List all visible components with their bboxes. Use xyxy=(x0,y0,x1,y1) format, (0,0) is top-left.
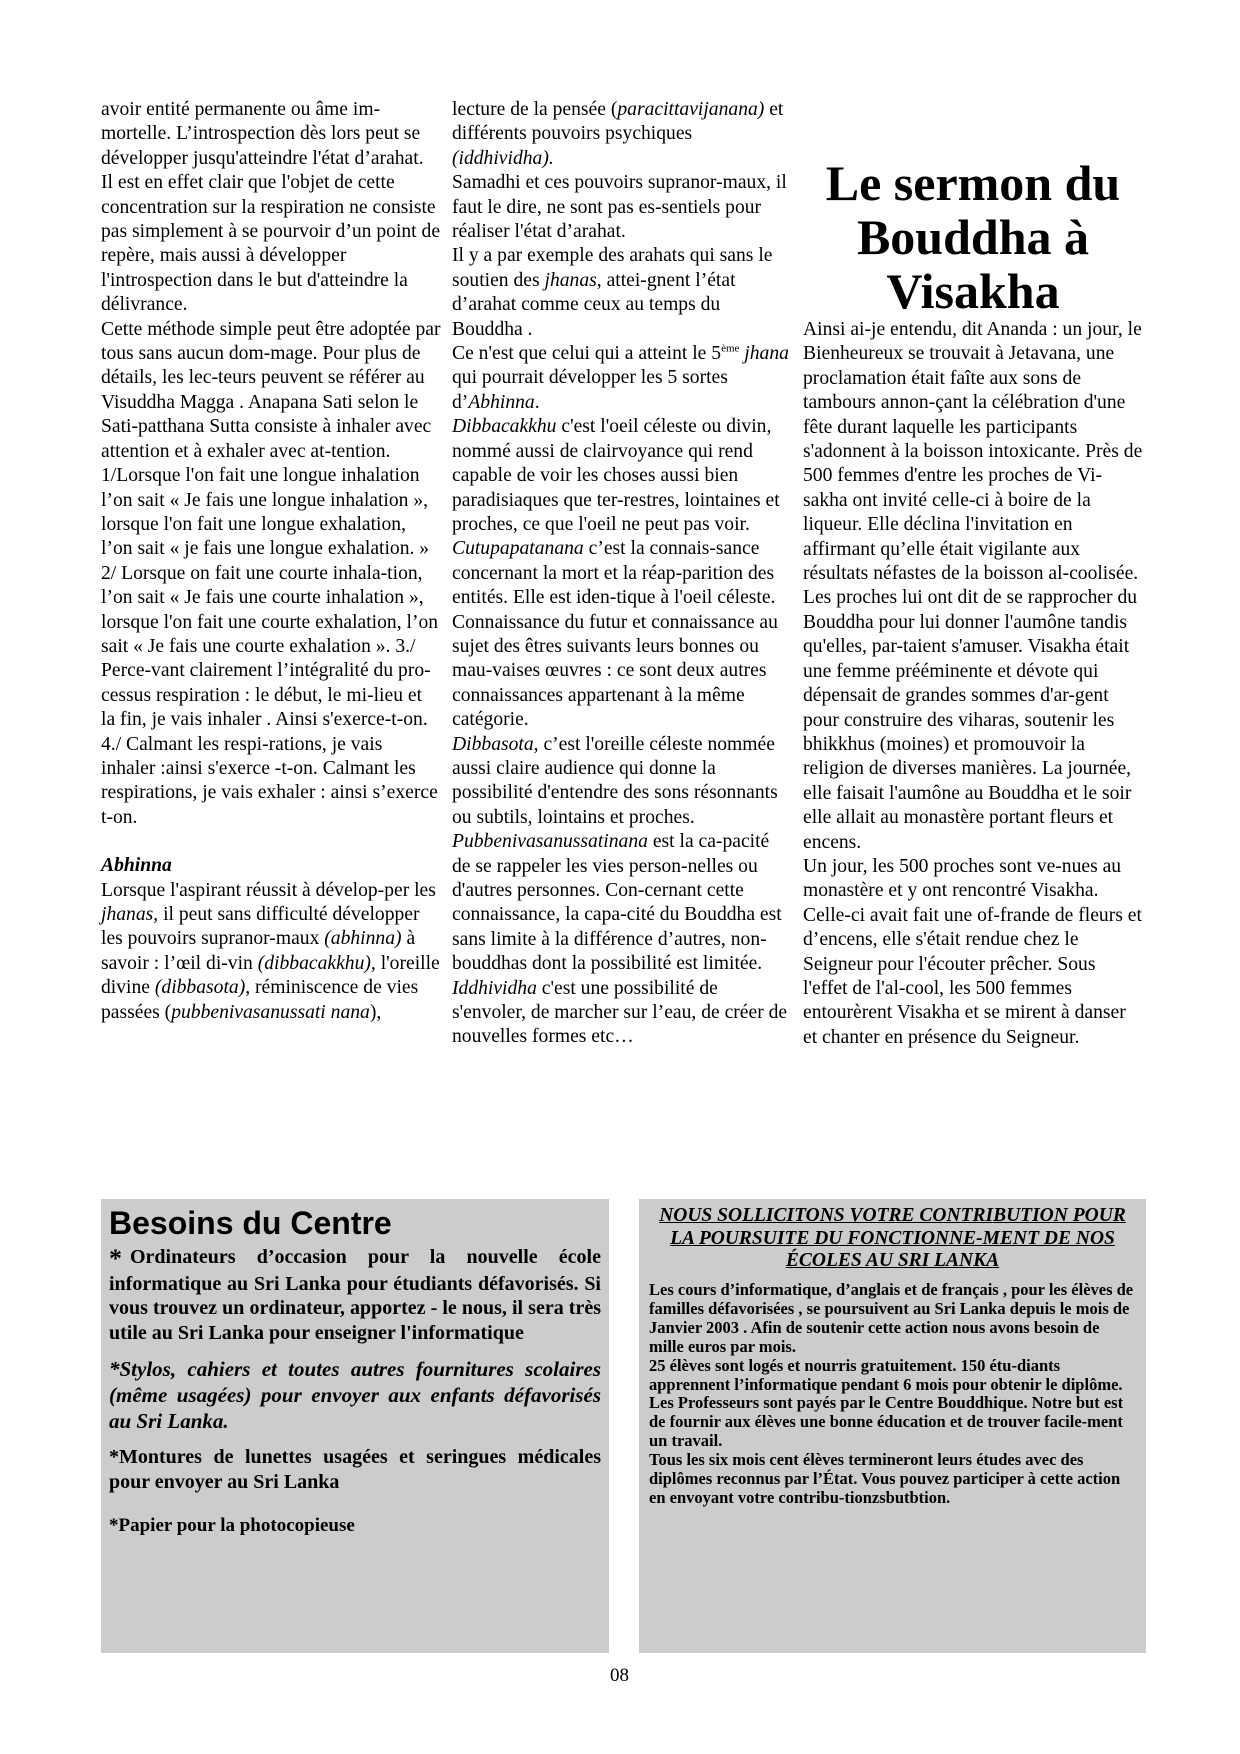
term-iddhividha: (iddhividha). xyxy=(452,148,554,169)
paragraph: Un jour, les 500 proches sont ve-nues au… xyxy=(803,855,1143,1050)
text: Ce n'est que celui qui a atteint le 5 xyxy=(452,343,721,364)
asterisk-icon: * xyxy=(109,1244,122,1273)
article-title: Le sermon du Bouddha à Visakha xyxy=(803,156,1143,318)
contribution-body: Les cours d’informatique, d’anglais et d… xyxy=(649,1281,1138,1508)
paragraph: Il y a par exemple des arahats qui sans … xyxy=(452,244,792,342)
term-pubbenivasanussati: pubbenivasanussati nana xyxy=(171,1002,370,1023)
paragraph: Iddhividha c'est une possibilité de s'en… xyxy=(452,977,792,1050)
text: ), xyxy=(370,1002,381,1023)
paragraph: Les cours d’informatique, d’anglais et d… xyxy=(649,1281,1138,1357)
term-cutupapatanana: Cutupapatanana xyxy=(452,538,584,559)
paragraph: Il est en effet clair que l'objet de cet… xyxy=(101,171,441,317)
term-dibbacakkhu: Dibbacakkhu xyxy=(452,416,556,437)
paragraph: Cutupapatanana c’est la connais-sance co… xyxy=(452,537,792,732)
text: . xyxy=(535,392,540,413)
text: c’est la connais-sance concernant la mor… xyxy=(452,538,778,730)
term-dibbasota: (dibbasota), xyxy=(155,977,250,998)
paragraph: Lorsque l'aspirant réussit à dévelop-per… xyxy=(101,879,441,1025)
superscript: ème xyxy=(721,343,739,355)
article-column-3: Ainsi ai-je entendu, dit Ananda : un jou… xyxy=(803,318,1143,1050)
text: Lorsque l'aspirant réussit à dévelop-per… xyxy=(101,880,436,901)
text: est la ca-pacité de se rappeler les vies… xyxy=(452,831,782,974)
paragraph: Dibbacakkhu c'est l'oeil céleste ou divi… xyxy=(452,415,792,537)
article-column-1: avoir entité permanente ou âme im-mortel… xyxy=(101,98,441,1025)
term-abhinna: Abhinna xyxy=(468,392,534,413)
needs-item-computers: *Ordinateurs d’occasion pour la nouvelle… xyxy=(109,1245,601,1345)
contribution-box: NOUS SOLLICITONS VOTRE CONTRIBUTION POUR… xyxy=(639,1199,1146,1653)
term-dibbasota: Dibbasota, xyxy=(452,734,539,755)
needs-heading: Besoins du Centre xyxy=(109,1203,392,1243)
needs-list: *Ordinateurs d’occasion pour la nouvelle… xyxy=(109,1245,601,1550)
text: lecture de la pensée ( xyxy=(452,99,617,120)
paragraph: Pubbenivasanussatinana est la ca-pacité … xyxy=(452,830,792,976)
page-number: 08 xyxy=(610,1665,629,1687)
paragraph: Dibbasota, c’est l'oreille céleste nommé… xyxy=(452,733,792,831)
paragraph: Samadhi et ces pouvoirs supranor-maux, i… xyxy=(452,171,792,244)
paragraph: avoir entité permanente ou âme im-mortel… xyxy=(101,98,441,171)
term-abhinna: (abhinna) xyxy=(324,928,401,949)
paragraph: lecture de la pensée (paracittavijanana)… xyxy=(452,98,792,171)
term-jhana: jhana xyxy=(739,343,789,364)
section-heading-abhinna: Abhinna xyxy=(101,854,441,878)
term-paracittavijanana: paracittavijanana) xyxy=(617,99,764,120)
term-dibbacakkhu: (dibbacakkhu), xyxy=(258,953,376,974)
paragraph: Cette méthode simple peut être adoptée p… xyxy=(101,318,441,831)
paragraph: Tous les six mois cent élèves termineron… xyxy=(649,1451,1138,1508)
text: Ordinateurs d’occasion pour la nouvelle … xyxy=(109,1246,601,1344)
needs-item-glasses: *Montures de lunettes usagées et seringu… xyxy=(109,1445,601,1494)
needs-item-paper: *Papier pour la photocopieuse xyxy=(109,1514,601,1539)
needs-item-supplies: *Stylos, cahiers et toutes autres fourni… xyxy=(109,1356,601,1434)
paragraph: 25 élèves sont logés et nourris gratuite… xyxy=(649,1357,1138,1452)
paragraph: Ainsi ai-je entendu, dit Ananda : un jou… xyxy=(803,318,1143,855)
term-jhanas: jhanas xyxy=(101,904,153,925)
paragraph: Ce n'est que celui qui a atteint le 5ème… xyxy=(452,342,792,415)
contribution-heading: NOUS SOLLICITONS VOTRE CONTRIBUTION POUR… xyxy=(647,1205,1138,1273)
article-column-2: lecture de la pensée (paracittavijanana)… xyxy=(452,98,792,1050)
needs-box: Besoins du Centre *Ordinateurs d’occasio… xyxy=(101,1199,609,1653)
term-iddhividha: Iddhividha xyxy=(452,978,537,999)
term-pubbenivasanussatinana: Pubbenivasanussatinana xyxy=(452,831,648,852)
term-jhanas: jhanas xyxy=(545,270,597,291)
